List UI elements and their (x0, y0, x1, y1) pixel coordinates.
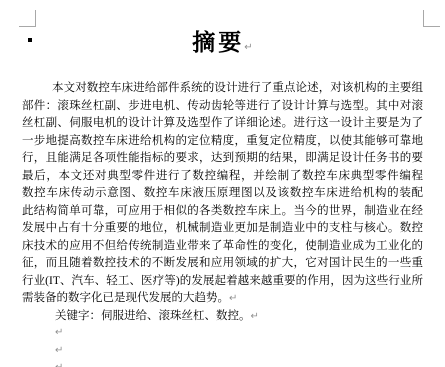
text-boundary-mark-top-right-icon (423, 10, 440, 27)
keywords-line: 关键字：伺服进给、滚珠丝杠、数控。↵ (22, 308, 423, 326)
body-line: 发展中占有十分重要的地位，机械制造业更加是制造业中的支柱与核心。数控车 (22, 220, 423, 238)
body-line: 行业(IT、汽车、轻工、医疗等)的发展起着越来越重要的作用，因为这些行业所 (22, 273, 423, 291)
body-line: 需装备的数字化已是现代发展的大趋势。↵ (22, 290, 423, 308)
body-line: 床技术的应用不但给传统制造业带来了革命性的变化，使制造业成为工业化的象 (22, 238, 423, 256)
abstract-paragraph: 本文对数控车床进给部件系统的设计进行了重点论述，对该机构的主要组成 部件：滚珠丝… (22, 80, 423, 325)
title-row: 摘要↵ (0, 29, 445, 61)
body-line-text: 需装备的数字化已是现代发展的大趋势。 (22, 292, 229, 304)
body-line: 一步地提高数控车床进给机构的定位精度，重复定位精度，以使其能够可靠地运 (22, 133, 423, 151)
page-title: 摘要 (192, 30, 244, 55)
paragraph-mark-icon: ↵ (251, 311, 259, 322)
text-boundary-mark-top-left-icon (19, 10, 36, 27)
document-page: 摘要↵ 本文对数控车床进给部件系统的设计进行了重点论述，对该机构的主要组成 部件… (0, 0, 445, 367)
empty-paragraph-line: ↵ (55, 357, 63, 367)
body-line: 此结构简单可靠，可应用于相似的各类数控车床上。当今的世界，制造业在经济 (22, 203, 423, 221)
paragraph-mark-icon: ↵ (229, 293, 237, 304)
paragraph-mark-icon: ↵ (55, 345, 63, 356)
body-line: 部件：滚珠丝杠副、步进电机、传动齿轮等进行了设计计算与选型。其中对滚珠 (22, 98, 423, 116)
empty-paragraph-line: ↵ (55, 322, 63, 340)
body-line: 数控车床传动示意图、数控车床液压原理图以及该数控车床进给机构的装配图。 (22, 185, 423, 203)
body-line: 行，且能满足各项性能指标的要求，达到预期的结果，即满足设计任务书的要求。 (22, 150, 423, 168)
empty-paragraph-line: ↵ (55, 340, 63, 358)
empty-paragraph-marks: ↵ ↵ ↵ (55, 322, 63, 367)
keywords-text: 关键字：伺服进给、滚珠丝杠、数控。 (55, 310, 251, 322)
body-line: 征，而且随着数控技术的不断发展和应用领域的扩大，它对国计民生的一些重要 (22, 255, 423, 273)
paragraph-mark-icon: ↵ (55, 362, 63, 367)
body-line: 丝杠副、伺服电机的设计计算及选型作了详细论述。进行这一设计主要是为了进 (22, 115, 423, 133)
body-line: 最后，本文还对典型零件进行了数控编程，并绘制了数控车床典型零件编程图、 (22, 168, 423, 186)
paragraph-mark-icon: ↵ (244, 42, 252, 53)
paragraph-mark-icon: ↵ (55, 327, 63, 338)
body-line: 本文对数控车床进给部件系统的设计进行了重点论述，对该机构的主要组成 (22, 80, 423, 98)
